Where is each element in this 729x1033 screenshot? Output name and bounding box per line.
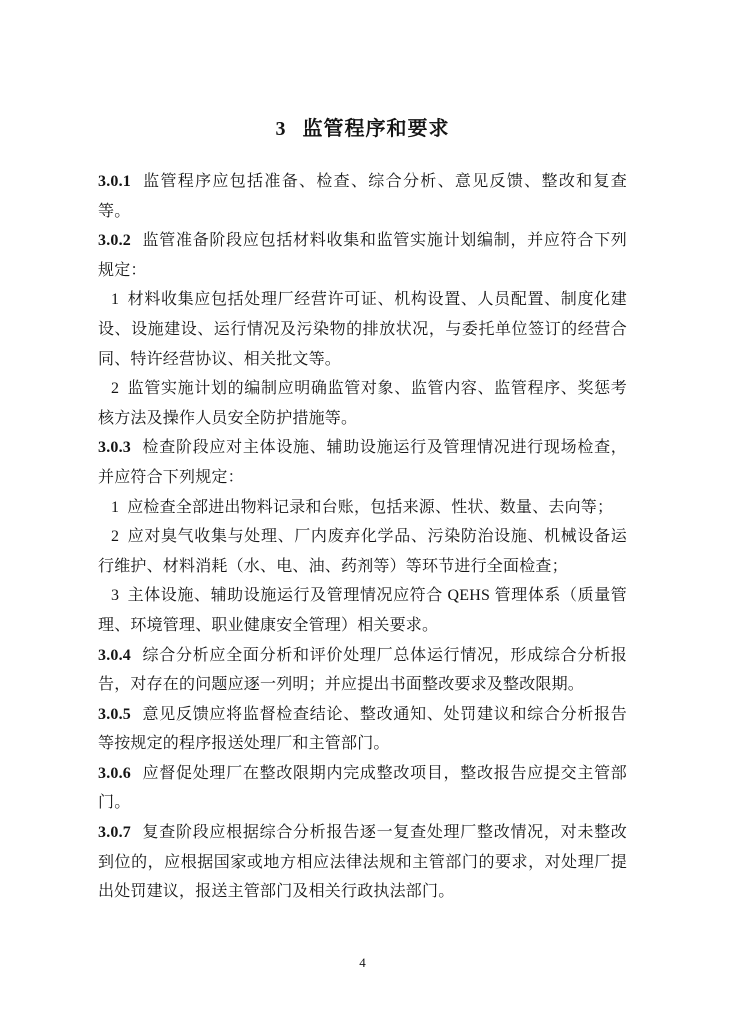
clause-number: 3.0.3 [98, 439, 131, 456]
clause-number: 3.0.6 [98, 765, 131, 782]
document-paragraph: 3.0.6应督促处理厂在整改限期内完成整改项目，整改报告应提交主管部门。 [98, 759, 627, 818]
document-paragraph: 2应对臭气收集与处理、厂内废弃化学品、污染防治设施、机械设备运行维护、材料消耗（… [98, 522, 627, 581]
clause-number: 3 [111, 587, 119, 604]
clause-number: 3.0.1 [98, 173, 131, 190]
section-title-text: 监管程序和要求 [303, 118, 450, 140]
clause-text: 应对臭气收集与处理、厂内废弃化学品、污染防治设施、机械设备运行维护、材料消耗（水… [98, 528, 627, 575]
clause-text: 监管实施计划的编制应明确监管对象、监管内容、监管程序、奖惩考核方法及操作人员安全… [98, 380, 627, 427]
document-paragraph: 1材料收集应包括处理厂经营许可证、机构设置、人员配置、制度化建设、设施建设、运行… [98, 285, 627, 374]
clause-number: 1 [111, 499, 119, 516]
document-paragraph: 3.0.2监管准备阶段应包括材料收集和监管实施计划编制，并应符合下列规定： [98, 226, 627, 285]
clause-number: 3.0.4 [98, 647, 131, 664]
document-paragraph: 3.0.1监管程序应包括准备、检查、综合分析、意见反馈、整改和复查等。 [98, 167, 627, 226]
clause-text: 意见反馈应将监督检查结论、整改通知、处罚建议和综合分析报告等按规定的程序报送处理… [98, 706, 627, 753]
document-page: 3监管程序和要求 3.0.1监管程序应包括准备、检查、综合分析、意见反馈、整改和… [0, 0, 729, 1033]
document-paragraph: 3.0.7复查阶段应根据综合分析报告逐一复查处理厂整改情况，对未整改到位的，应根… [98, 818, 627, 907]
clause-number: 3.0.2 [98, 232, 131, 249]
clause-number: 2 [111, 528, 119, 545]
clause-number: 3.0.7 [98, 824, 131, 841]
clause-number: 2 [111, 380, 119, 397]
clause-text: 材料收集应包括处理厂经营许可证、机构设置、人员配置、制度化建设、设施建设、运行情… [98, 291, 627, 367]
clause-number: 3.0.5 [98, 706, 131, 723]
clause-text: 检查阶段应对主体设施、辅助设施运行及管理情况进行现场检查，并应符合下列规定： [98, 439, 627, 486]
clause-number: 1 [111, 291, 119, 308]
clause-text: 应督促处理厂在整改限期内完成整改项目，整改报告应提交主管部门。 [98, 765, 627, 812]
paragraph-list: 3.0.1监管程序应包括准备、检查、综合分析、意见反馈、整改和复查等。 3.0.… [98, 167, 627, 907]
document-paragraph: 3.0.3检查阶段应对主体设施、辅助设施运行及管理情况进行现场检查，并应符合下列… [98, 433, 627, 492]
page-number: 4 [98, 954, 627, 972]
clause-text: 监管准备阶段应包括材料收集和监管实施计划编制，并应符合下列规定： [98, 232, 627, 279]
clause-text: 复查阶段应根据综合分析报告逐一复查处理厂整改情况，对未整改到位的，应根据国家或地… [98, 824, 627, 900]
clause-text: 应检查全部进出物料记录和台账，包括来源、性状、数量、去向等； [127, 499, 613, 516]
section-title: 3监管程序和要求 [98, 112, 627, 141]
document-paragraph: 2监管实施计划的编制应明确监管对象、监管内容、监管程序、奖惩考核方法及操作人员安… [98, 374, 627, 433]
document-paragraph: 3主体设施、辅助设施运行及管理情况应符合 QEHS 管理体系（质量管理、环境管理… [98, 581, 627, 640]
document-paragraph: 3.0.4综合分析应全面分析和评价处理厂总体运行情况，形成综合分析报告，对存在的… [98, 641, 627, 700]
clause-text: 监管程序应包括准备、检查、综合分析、意见反馈、整改和复查等。 [98, 173, 627, 220]
clause-text: 综合分析应全面分析和评价处理厂总体运行情况，形成综合分析报告，对存在的问题应逐一… [98, 647, 627, 694]
clause-text: 主体设施、辅助设施运行及管理情况应符合 QEHS 管理体系（质量管理、环境管理、… [98, 587, 627, 634]
document-paragraph: 3.0.5意见反馈应将监督检查结论、整改通知、处罚建议和综合分析报告等按规定的程… [98, 700, 627, 759]
document-paragraph: 1应检查全部进出物料记录和台账，包括来源、性状、数量、去向等； [98, 493, 627, 523]
section-number: 3 [276, 118, 286, 140]
